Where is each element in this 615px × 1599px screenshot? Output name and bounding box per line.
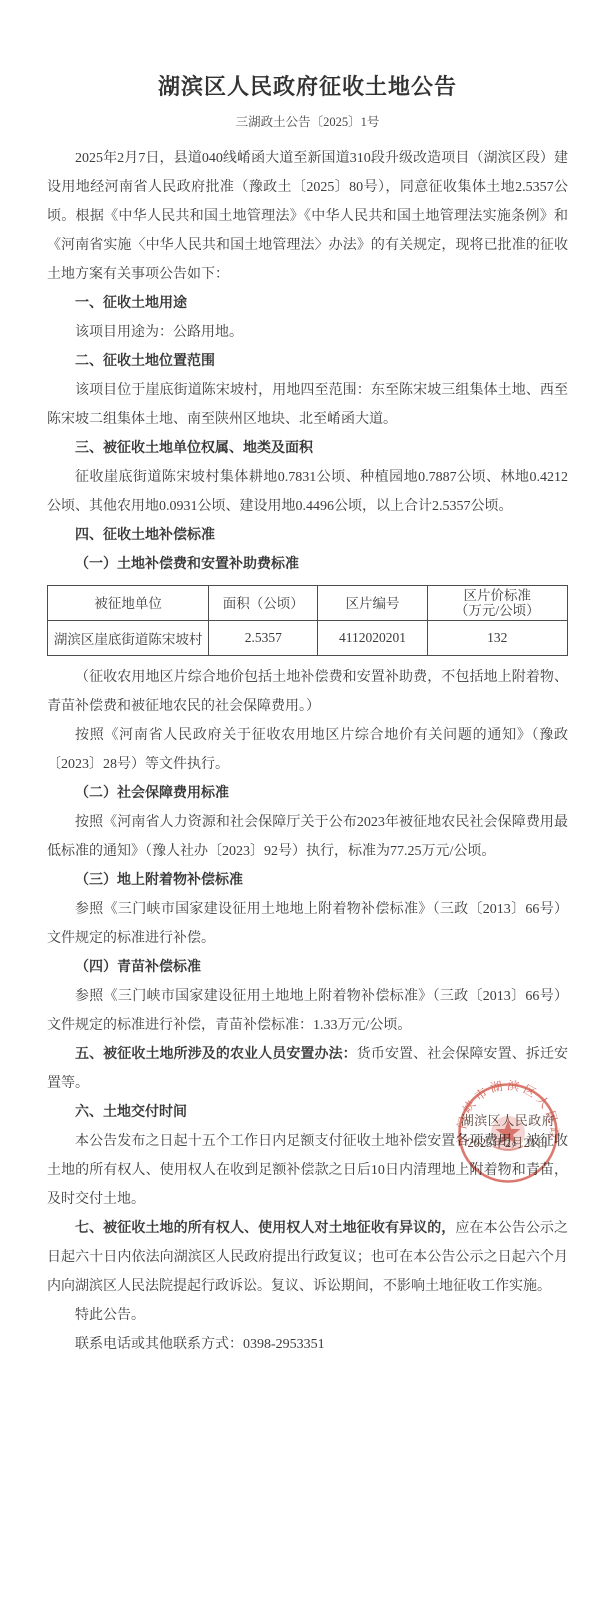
table-header-unit: 被征地单位 — [48, 586, 209, 621]
signature-authority: 湖滨区人民政府 — [455, 1110, 561, 1129]
section1-body: 该项目用途为：公路用地。 — [47, 318, 568, 347]
signature-date: 2025年2月21日 — [455, 1133, 561, 1151]
table-header-zone-price: 区片价标准 （万元/公顷） — [427, 586, 567, 621]
intro-paragraph: 2025年2月7日，县道040线崤函大道至新国道310段升级改造项目（湖滨区段）… — [47, 144, 568, 289]
section4-heading: 四、征收土地补偿标准 — [47, 521, 568, 550]
section3-heading: 三、被征收土地单位权属、地类及面积 — [47, 434, 568, 463]
contact-line: 联系电话或其他联系方式：0398-2953351 — [47, 1330, 568, 1359]
section2-heading: 二、征收土地位置范围 — [47, 347, 568, 376]
table-header-zone-price-line1: 区片价标准 — [430, 588, 565, 603]
section3-body: 征收崖底街道陈宋坡村集体耕地0.7831公顷、种植园地0.7887公顷、林地0.… — [47, 463, 568, 521]
table-cell-unit: 湖滨区崖底街道陈宋坡村 — [48, 621, 209, 656]
table-cell-zone-price: 132 — [427, 621, 567, 656]
page-title: 湖滨区人民政府征收土地公告 — [47, 70, 568, 101]
announcement-page: 湖滨区人民政府征收土地公告 三湖政土公告〔2025〕1号 2025年2月7日，县… — [0, 0, 615, 1599]
table-header-row: 被征地单位 面积（公顷） 区片编号 区片价标准 （万元/公顷） — [48, 586, 568, 621]
section7-paragraph: 七、被征收土地的所有权人、使用权人对土地征收有异议的，应在本公告公示之日起六十日… — [47, 1214, 568, 1301]
closing-line: 特此公告。 — [47, 1301, 568, 1330]
section7-heading-part: 七、被征收土地的所有权人、使用权人对土地征收有异议的， — [75, 1221, 455, 1236]
section4-sub1-body: 按照《河南省人民政府关于征收农用地区片综合地价有关问题的通知》（豫政〔2023〕… — [47, 721, 568, 779]
table-header-area: 面积（公顷） — [209, 586, 318, 621]
section4-sub3-body: 参照《三门峡市国家建设征用土地地上附着物补偿标准》（三政〔2013〕66号）文件… — [47, 895, 568, 953]
section4-sub3-heading: （三）地上附着物补偿标准 — [47, 866, 568, 895]
table-row: 湖滨区崖底街道陈宋坡村 2.5357 4112020201 132 — [48, 621, 568, 656]
section4-sub2-body: 按照《河南省人力资源和社会保障厅关于公布2023年被征地农民社会保障费用最低标准… — [47, 808, 568, 866]
section5-heading-part: 五、被征收土地所涉及的农业人员安置办法： — [75, 1047, 357, 1062]
section4-sub1-heading: （一）土地补偿费和安置补助费标准 — [47, 550, 568, 579]
table-cell-zone-code: 4112020201 — [318, 621, 427, 656]
doc-number: 三湖政土公告〔2025〕1号 — [47, 112, 568, 130]
section4-sub4-heading: （四）青苗补偿标准 — [47, 953, 568, 982]
section4-sub2-heading: （二）社会保障费用标准 — [47, 779, 568, 808]
section4-sub4-body: 参照《三门峡市国家建设征用土地地上附着物补偿标准》（三政〔2013〕66号）文件… — [47, 982, 568, 1040]
table-note: （征收农用地区片综合地价包括土地补偿费和安置补助费，不包括地上附着物、青苗补偿费… — [47, 663, 568, 721]
table-cell-area: 2.5357 — [209, 621, 318, 656]
table-header-zone-price-line2: （万元/公顷） — [430, 603, 565, 618]
section2-body: 该项目位于崖底街道陈宋坡村，用地四至范围：东至陈宋坡三组集体土地、西至陈宋坡二组… — [47, 376, 568, 434]
section1-heading: 一、征收土地用途 — [47, 289, 568, 318]
compensation-table: 被征地单位 面积（公顷） 区片编号 区片价标准 （万元/公顷） 湖滨区崖底街道陈… — [47, 585, 568, 656]
table-header-zone-code: 区片编号 — [318, 586, 427, 621]
